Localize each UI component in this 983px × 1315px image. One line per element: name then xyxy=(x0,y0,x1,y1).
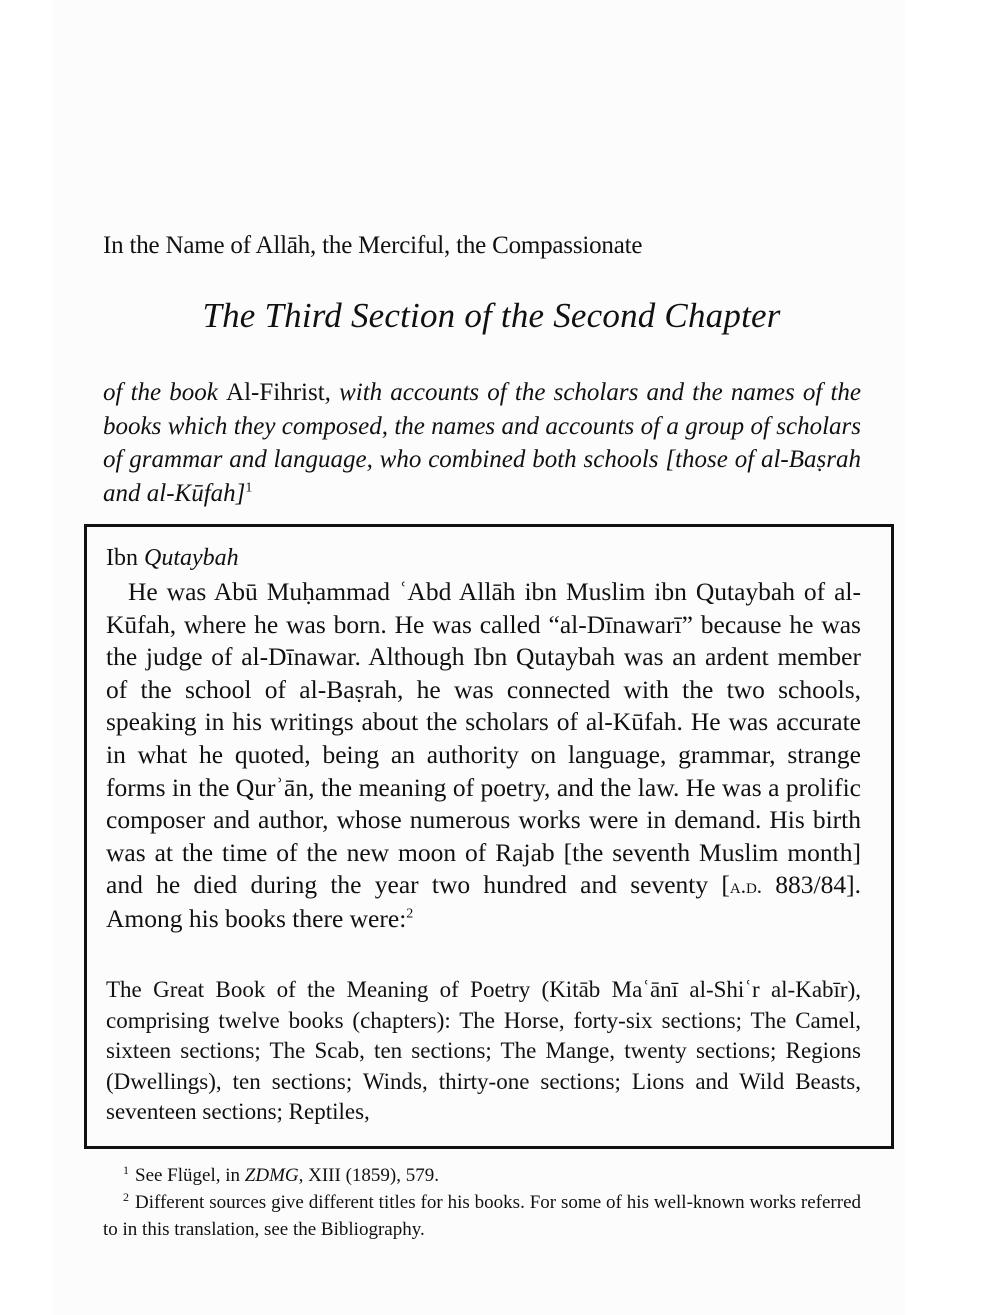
footnote-2-text: Different sources give different titles … xyxy=(103,1192,861,1240)
subtitle-part1: of the book xyxy=(103,379,226,406)
books-list: The Great Book of the Meaning of Poetry … xyxy=(106,975,861,1128)
entry-heading-prefix: Ibn xyxy=(106,545,144,571)
bio-text-part1: He was Abū Muḥammad ʿAbd Allāh ibn Musli… xyxy=(106,577,861,899)
footnote-1: 1See Flügel, in ZDMG, XIII (1859), 579. xyxy=(103,1162,861,1189)
chapter-subtitle: of the book Al-Fihrist, with accounts of… xyxy=(103,376,861,510)
entry-box: Ibn Qutaybah He was Abū Muḥammad ʿAbd Al… xyxy=(84,524,894,1149)
footnote-2: 2Different sources give different titles… xyxy=(103,1189,861,1243)
footnote-1-journal: ZDMG xyxy=(245,1165,299,1186)
book-name: Al-Fihrist xyxy=(226,379,325,406)
entry-biography: He was Abū Muḥammad ʿAbd Allāh ibn Musli… xyxy=(106,576,861,936)
entry-heading-name: Qutaybah xyxy=(144,545,239,571)
footnote-marker-2: 2 xyxy=(123,1190,129,1204)
chapter-title: The Third Section of the Second Chapter xyxy=(0,296,983,336)
entry-heading: Ibn Qutaybah xyxy=(106,545,239,572)
footnote-ref-2[interactable]: 2 xyxy=(406,906,413,921)
invocation-line: In the Name of Allāh, the Merciful, the … xyxy=(103,232,642,260)
footnote-ref-1[interactable]: 1 xyxy=(245,480,252,495)
footnote-1-text-before: See Flügel, in xyxy=(135,1165,245,1186)
era-abbreviation: a.d. xyxy=(730,874,762,898)
footnote-marker-1: 1 xyxy=(123,1163,129,1177)
chapter-title-text: The Third Section of the Second Chapter xyxy=(202,296,780,336)
footnotes: 1See Flügel, in ZDMG, XIII (1859), 579. … xyxy=(103,1162,861,1243)
footnote-1-text-after: , XIII (1859), 579. xyxy=(299,1165,439,1186)
